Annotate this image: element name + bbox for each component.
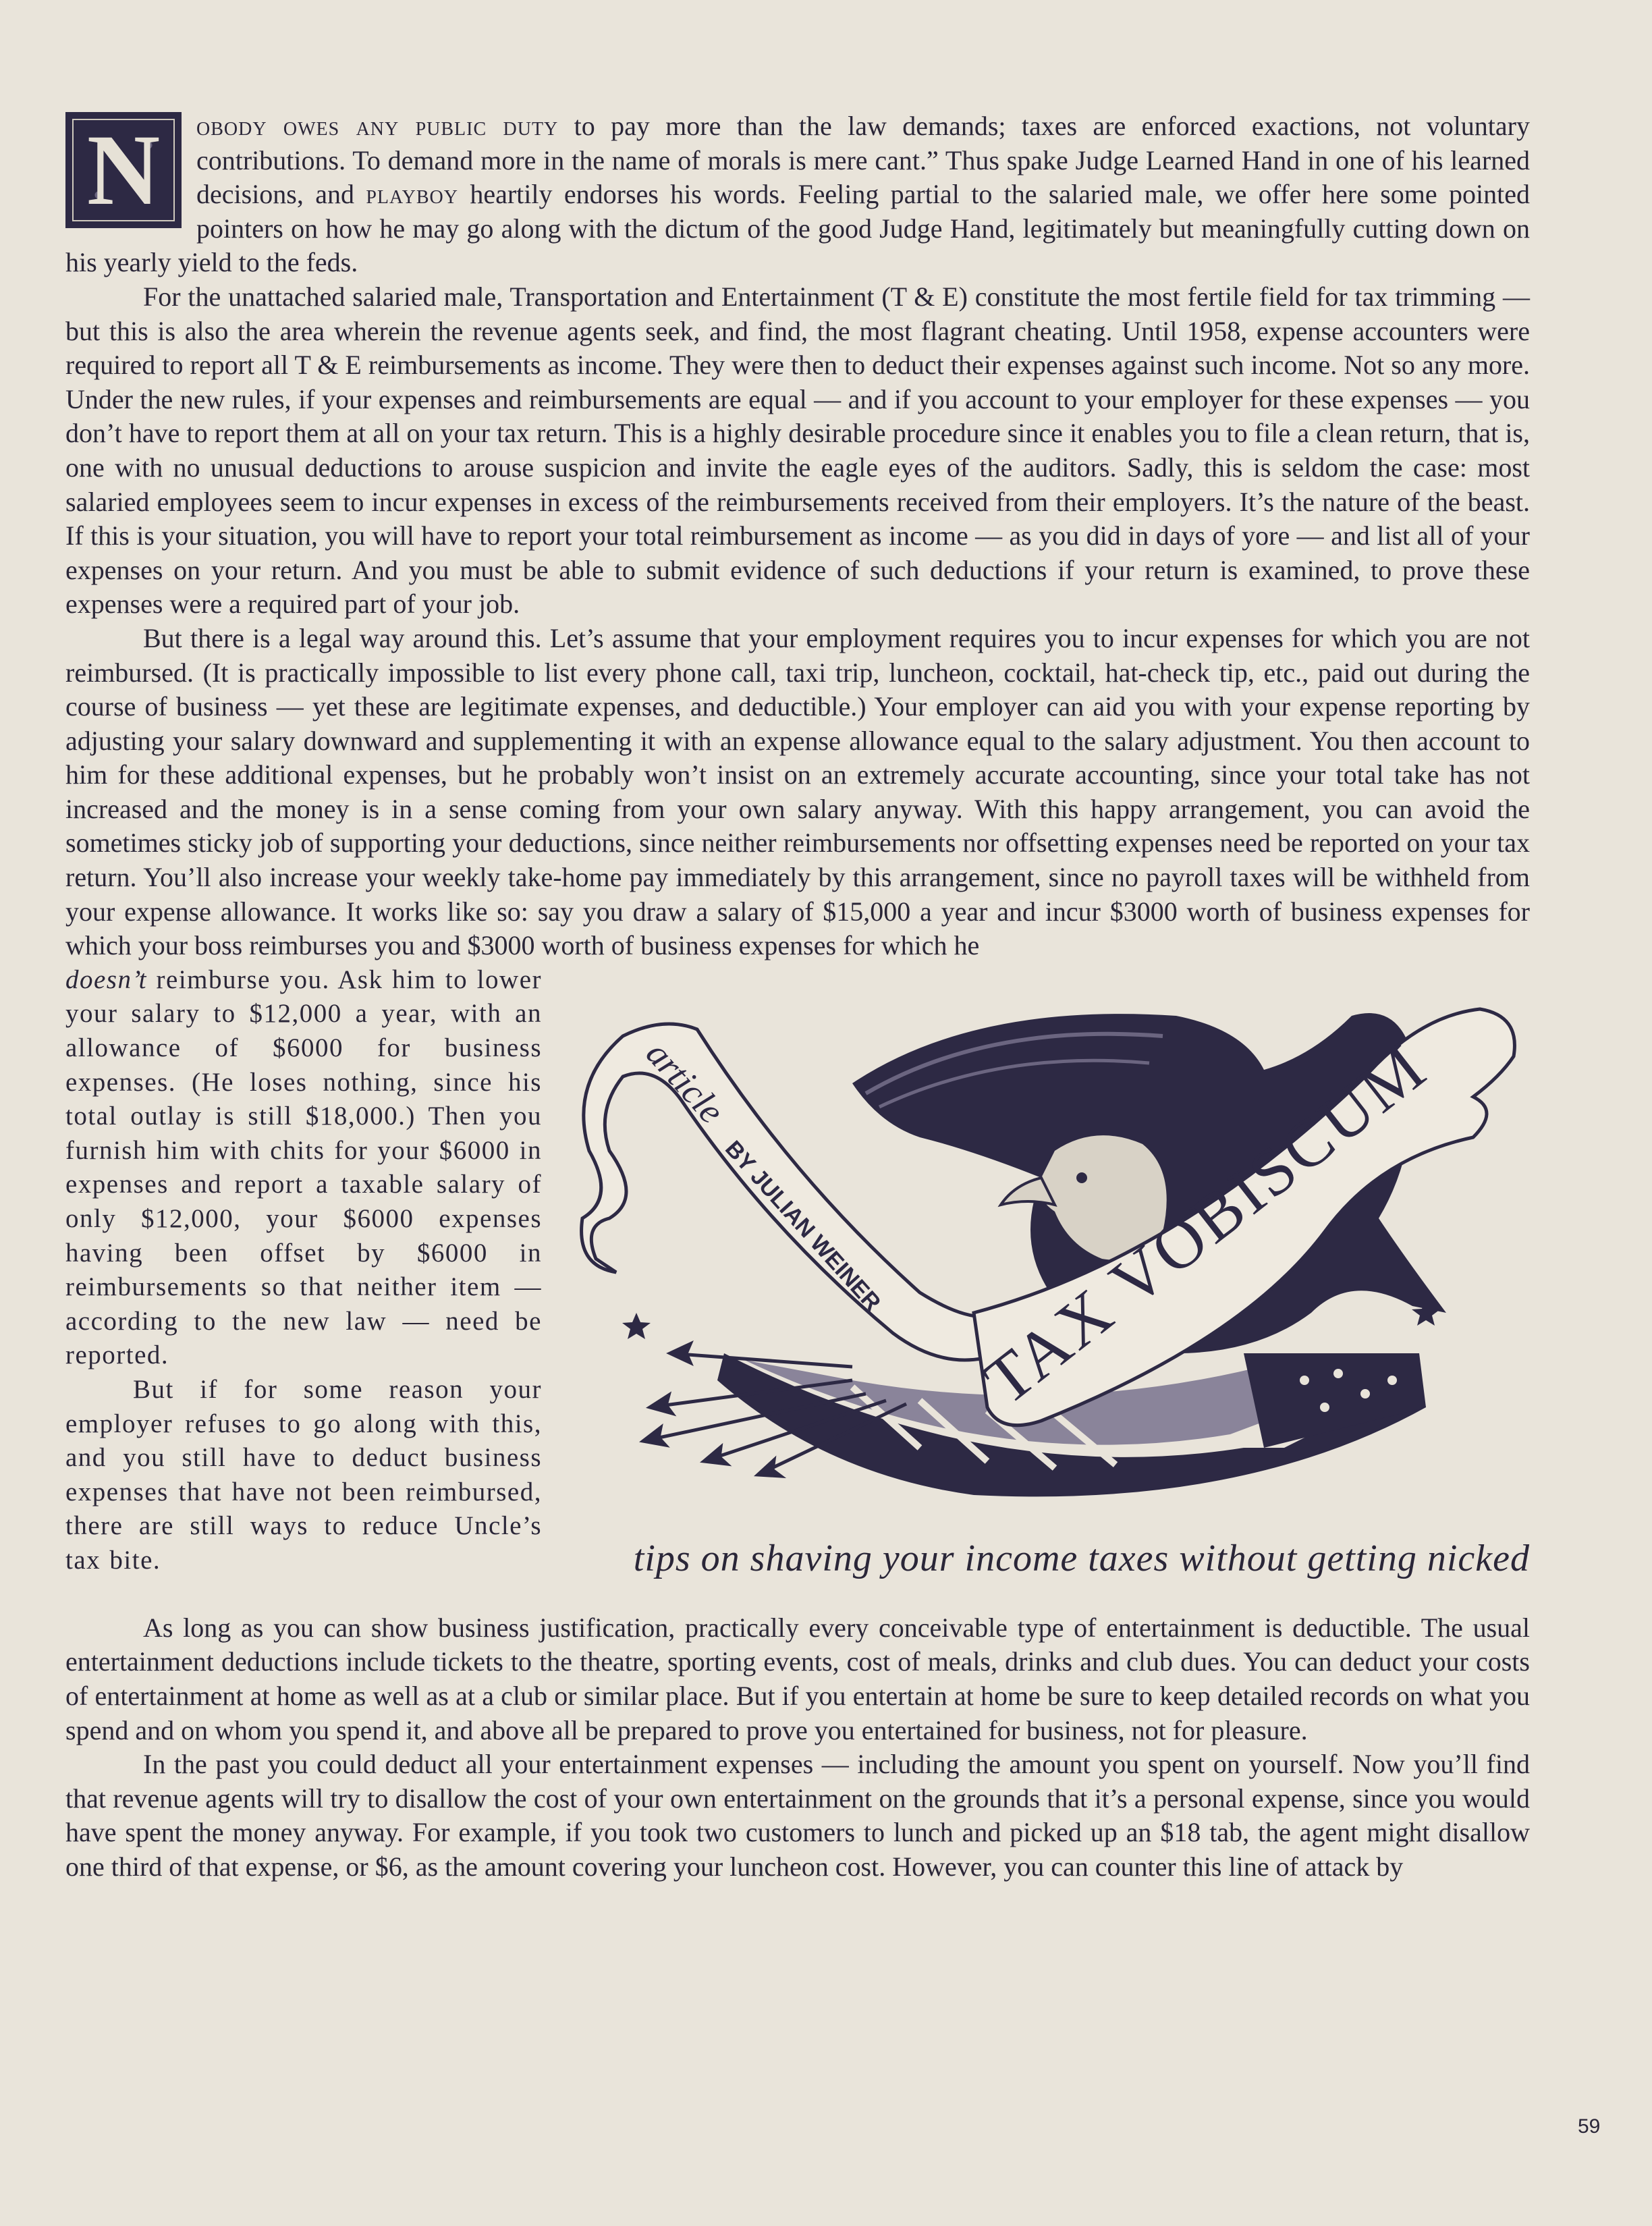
page-number: 59 — [1578, 2115, 1600, 2138]
illustration-zone: doesn’t reimburse you. Ask him to lower … — [65, 963, 1530, 1611]
narrow-column: doesn’t reimburse you. Ask him to lower … — [65, 963, 542, 1578]
article-subtitle: tips on shaving your income taxes withou… — [575, 1537, 1530, 1580]
eagle-shield-banner-icon: article BY JULIAN WEINER TAX VOBISCUM — [569, 975, 1530, 1509]
column-text-a: reimburse you. Ask him to lower your sal… — [65, 965, 542, 1370]
svg-text:BY JULIAN WEINER: BY JULIAN WEINER — [720, 1136, 885, 1315]
paragraph-in-the-past: In the past you could deduct all your en… — [65, 1747, 1530, 1884]
paragraph-legal-way: But there is a legal way around this. Le… — [65, 622, 1530, 963]
paragraph-t-and-e: For the unattached salaried male, Transp… — [65, 280, 1530, 622]
article-page: Nobody owes any public duty to pay more … — [65, 109, 1530, 1884]
doesnt-italic: doesn’t — [65, 965, 147, 994]
paragraph-entertainment: As long as you can show business justifi… — [65, 1611, 1530, 1747]
ornamental-dropcap-icon: N — [65, 112, 182, 228]
paragraph-employer-refuses: But if for some reason your employer ref… — [65, 1373, 542, 1578]
paragraph-doesnt-reimburse: doesn’t reimburse you. Ask him to lower … — [65, 963, 542, 1373]
intro-paragraph: Nobody owes any public duty to pay more … — [65, 109, 1530, 280]
dropcap-letter: N — [68, 115, 179, 225]
intro-smallcaps: obody owes any public duty — [196, 111, 558, 141]
playboy-smallcaps: playboy — [366, 179, 458, 209]
